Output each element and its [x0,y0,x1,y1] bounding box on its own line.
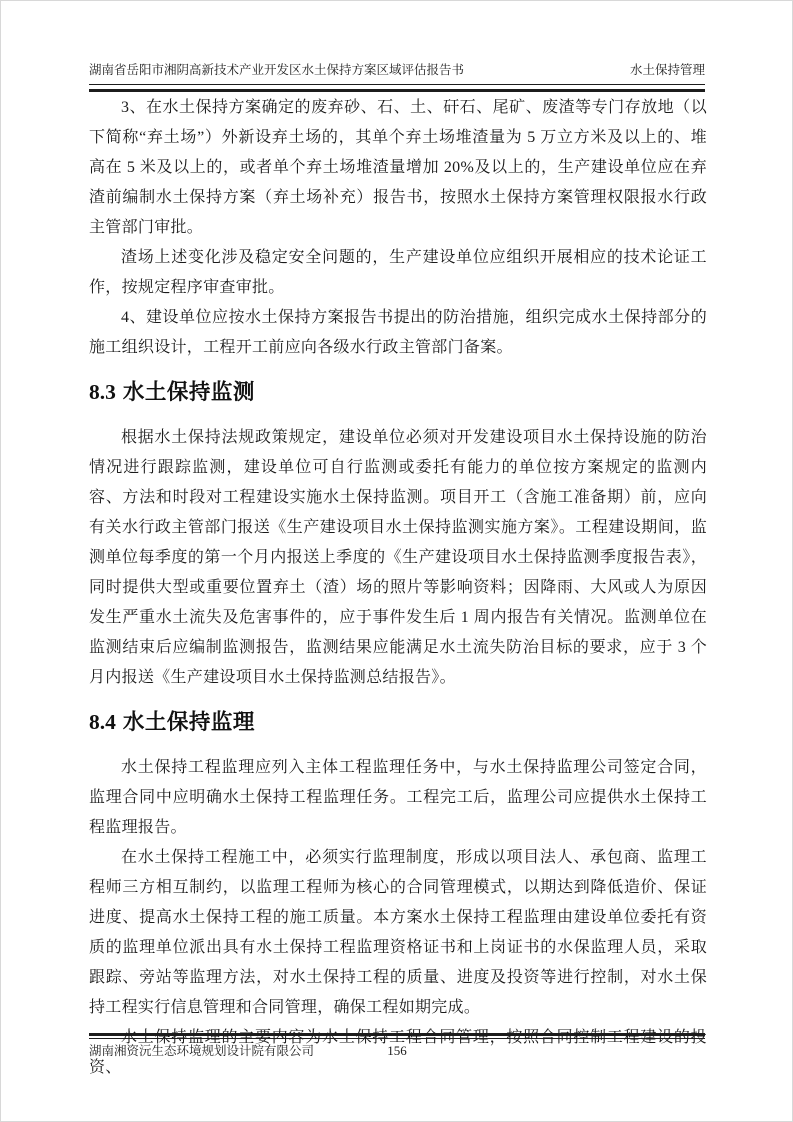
header-left-title: 湖南省岳阳市湘阴高新技术产业开发区水土保持方案区域评估报告书 [89,61,464,79]
header-right-title: 水土保持管理 [630,61,705,79]
paragraph: 3、在水土保持方案确定的废弃砂、石、土、矸石、尾矿、废渣等专门存放地（以下简称“… [89,93,707,243]
section-number: 8.3 [89,380,116,404]
document-body: 3、在水土保持方案确定的废弃砂、石、土、矸石、尾矿、废渣等专门存放地（以下简称“… [89,93,707,1083]
paragraph: 4、建设单位应按水土保持方案报告书提出的防治措施，组织完成水土保持部分的施工组织… [89,303,707,363]
paragraph: 渣场上述变化涉及稳定安全问题的，生产建设单位应组织开展相应的技术论证工作，按规定… [89,243,707,303]
section-title: 水土保持监测 [123,380,255,404]
section-number: 8.4 [89,710,116,734]
paragraph: 在水土保持工程施工中，必须实行监理制度，形成以项目法人、承包商、监理工程师三方相… [89,843,707,1023]
page-footer: 湖南湘资沅生态环境规划设计院有限公司 156 [89,1042,705,1060]
document-page: 湖南省岳阳市湘阴高新技术产业开发区水土保持方案区域评估报告书 水土保持管理 3、… [0,0,793,1122]
paragraph: 根据水土保持法规政策规定，建设单位必须对开发建设项目水土保持设施的防治情况进行跟… [89,423,707,693]
page-header: 湖南省岳阳市湘阴高新技术产业开发区水土保持方案区域评估报告书 水土保持管理 [89,61,705,79]
footer-rule [89,1033,705,1036]
paragraph: 水土保持工程监理应列入主体工程监理任务中，与水土保持监理公司签定合同，监理合同中… [89,753,707,843]
section-title: 水土保持监理 [123,710,255,734]
section-heading-8-4: 8.4水土保持监理 [89,705,707,739]
page-number: 156 [89,1042,705,1060]
section-heading-8-3: 8.3水土保持监测 [89,375,707,409]
header-rule [89,84,705,85]
